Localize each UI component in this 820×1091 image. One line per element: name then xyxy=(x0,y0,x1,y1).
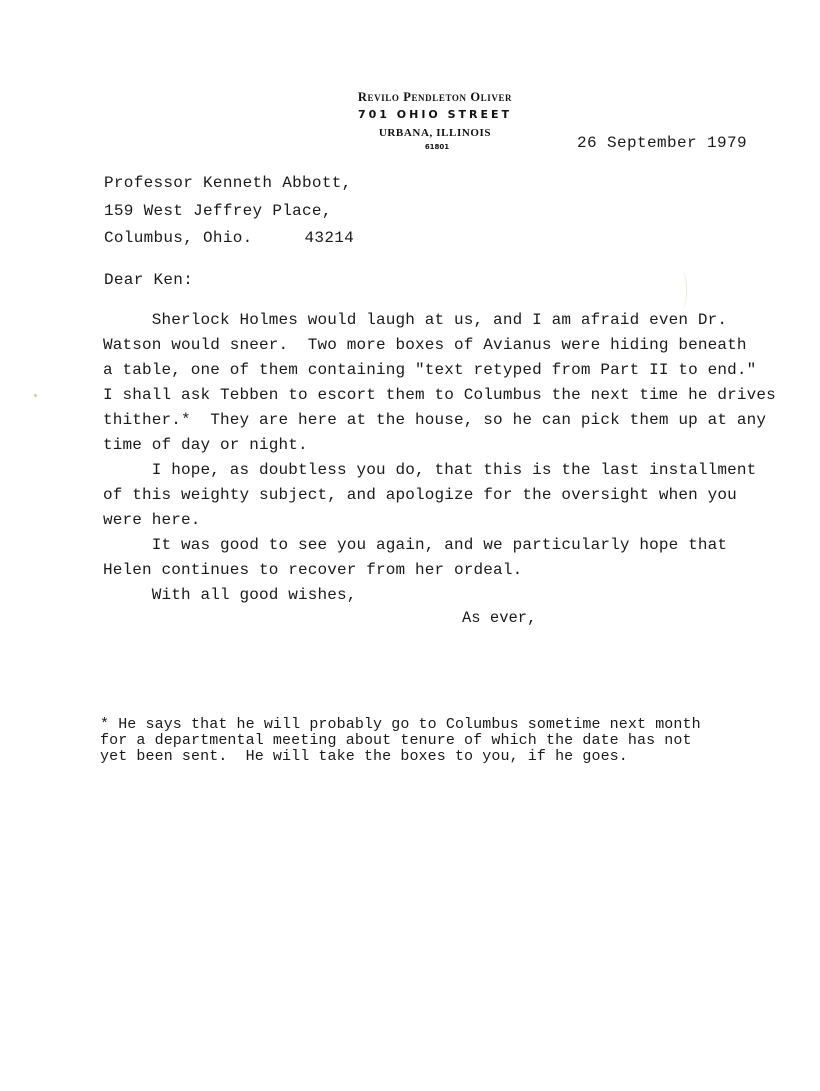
body-line: thither.* They are here at the house, so… xyxy=(103,408,803,433)
footnote-line: for a departmental meeting about tenure … xyxy=(100,733,701,749)
letterhead-name: Revilo Pendleton Oliver xyxy=(300,88,570,106)
body-line: a table, one of them containing "text re… xyxy=(103,358,803,383)
recipient-city: Columbus, Ohio. xyxy=(104,229,253,247)
body-line: I hope, as doubtless you do, that this i… xyxy=(103,458,803,483)
footnote: * He says that he will probably go to Co… xyxy=(100,717,701,765)
salutation: Dear Ken: xyxy=(104,271,193,289)
body-line: time of day or night. xyxy=(103,433,803,458)
footnote-line: yet been sent. He will take the boxes to… xyxy=(100,749,701,765)
letterhead-street: 701 OHIO STREET xyxy=(300,106,570,124)
paper-speck xyxy=(34,394,37,397)
letterhead-zip: 61801 xyxy=(300,142,570,152)
body-line: were here. xyxy=(103,508,803,533)
body-line: It was good to see you again, and we par… xyxy=(103,533,803,558)
body-line: of this weighty subject, and apologize f… xyxy=(103,483,803,508)
recipient-line: Columbus, Ohio.43214 xyxy=(104,225,354,253)
paper-hair-mark xyxy=(676,270,687,310)
letter-date: 26 September 1979 xyxy=(577,134,747,152)
letter-body: Sherlock Holmes would laugh at us, and I… xyxy=(103,308,803,608)
body-line: I shall ask Tebben to escort them to Col… xyxy=(103,383,803,408)
recipient-line: Professor Kenneth Abbott, xyxy=(104,170,354,198)
body-line: With all good wishes, xyxy=(103,583,803,608)
body-line: Sherlock Holmes would laugh at us, and I… xyxy=(103,308,803,333)
recipient-address: Professor Kenneth Abbott, 159 West Jeffr… xyxy=(104,170,354,253)
footnote-line: * He says that he will probably go to Co… xyxy=(100,717,701,733)
body-line: Watson would sneer. Two more boxes of Av… xyxy=(103,333,803,358)
recipient-line: 159 West Jeffrey Place, xyxy=(104,198,354,226)
recipient-zip: 43214 xyxy=(305,225,355,253)
body-line: Helen continues to recover from her orde… xyxy=(103,558,803,583)
letterhead-city: URBANA, ILLINOIS xyxy=(300,124,570,142)
letterhead: Revilo Pendleton Oliver 701 OHIO STREET … xyxy=(300,88,570,152)
closing: As ever, xyxy=(462,609,536,627)
